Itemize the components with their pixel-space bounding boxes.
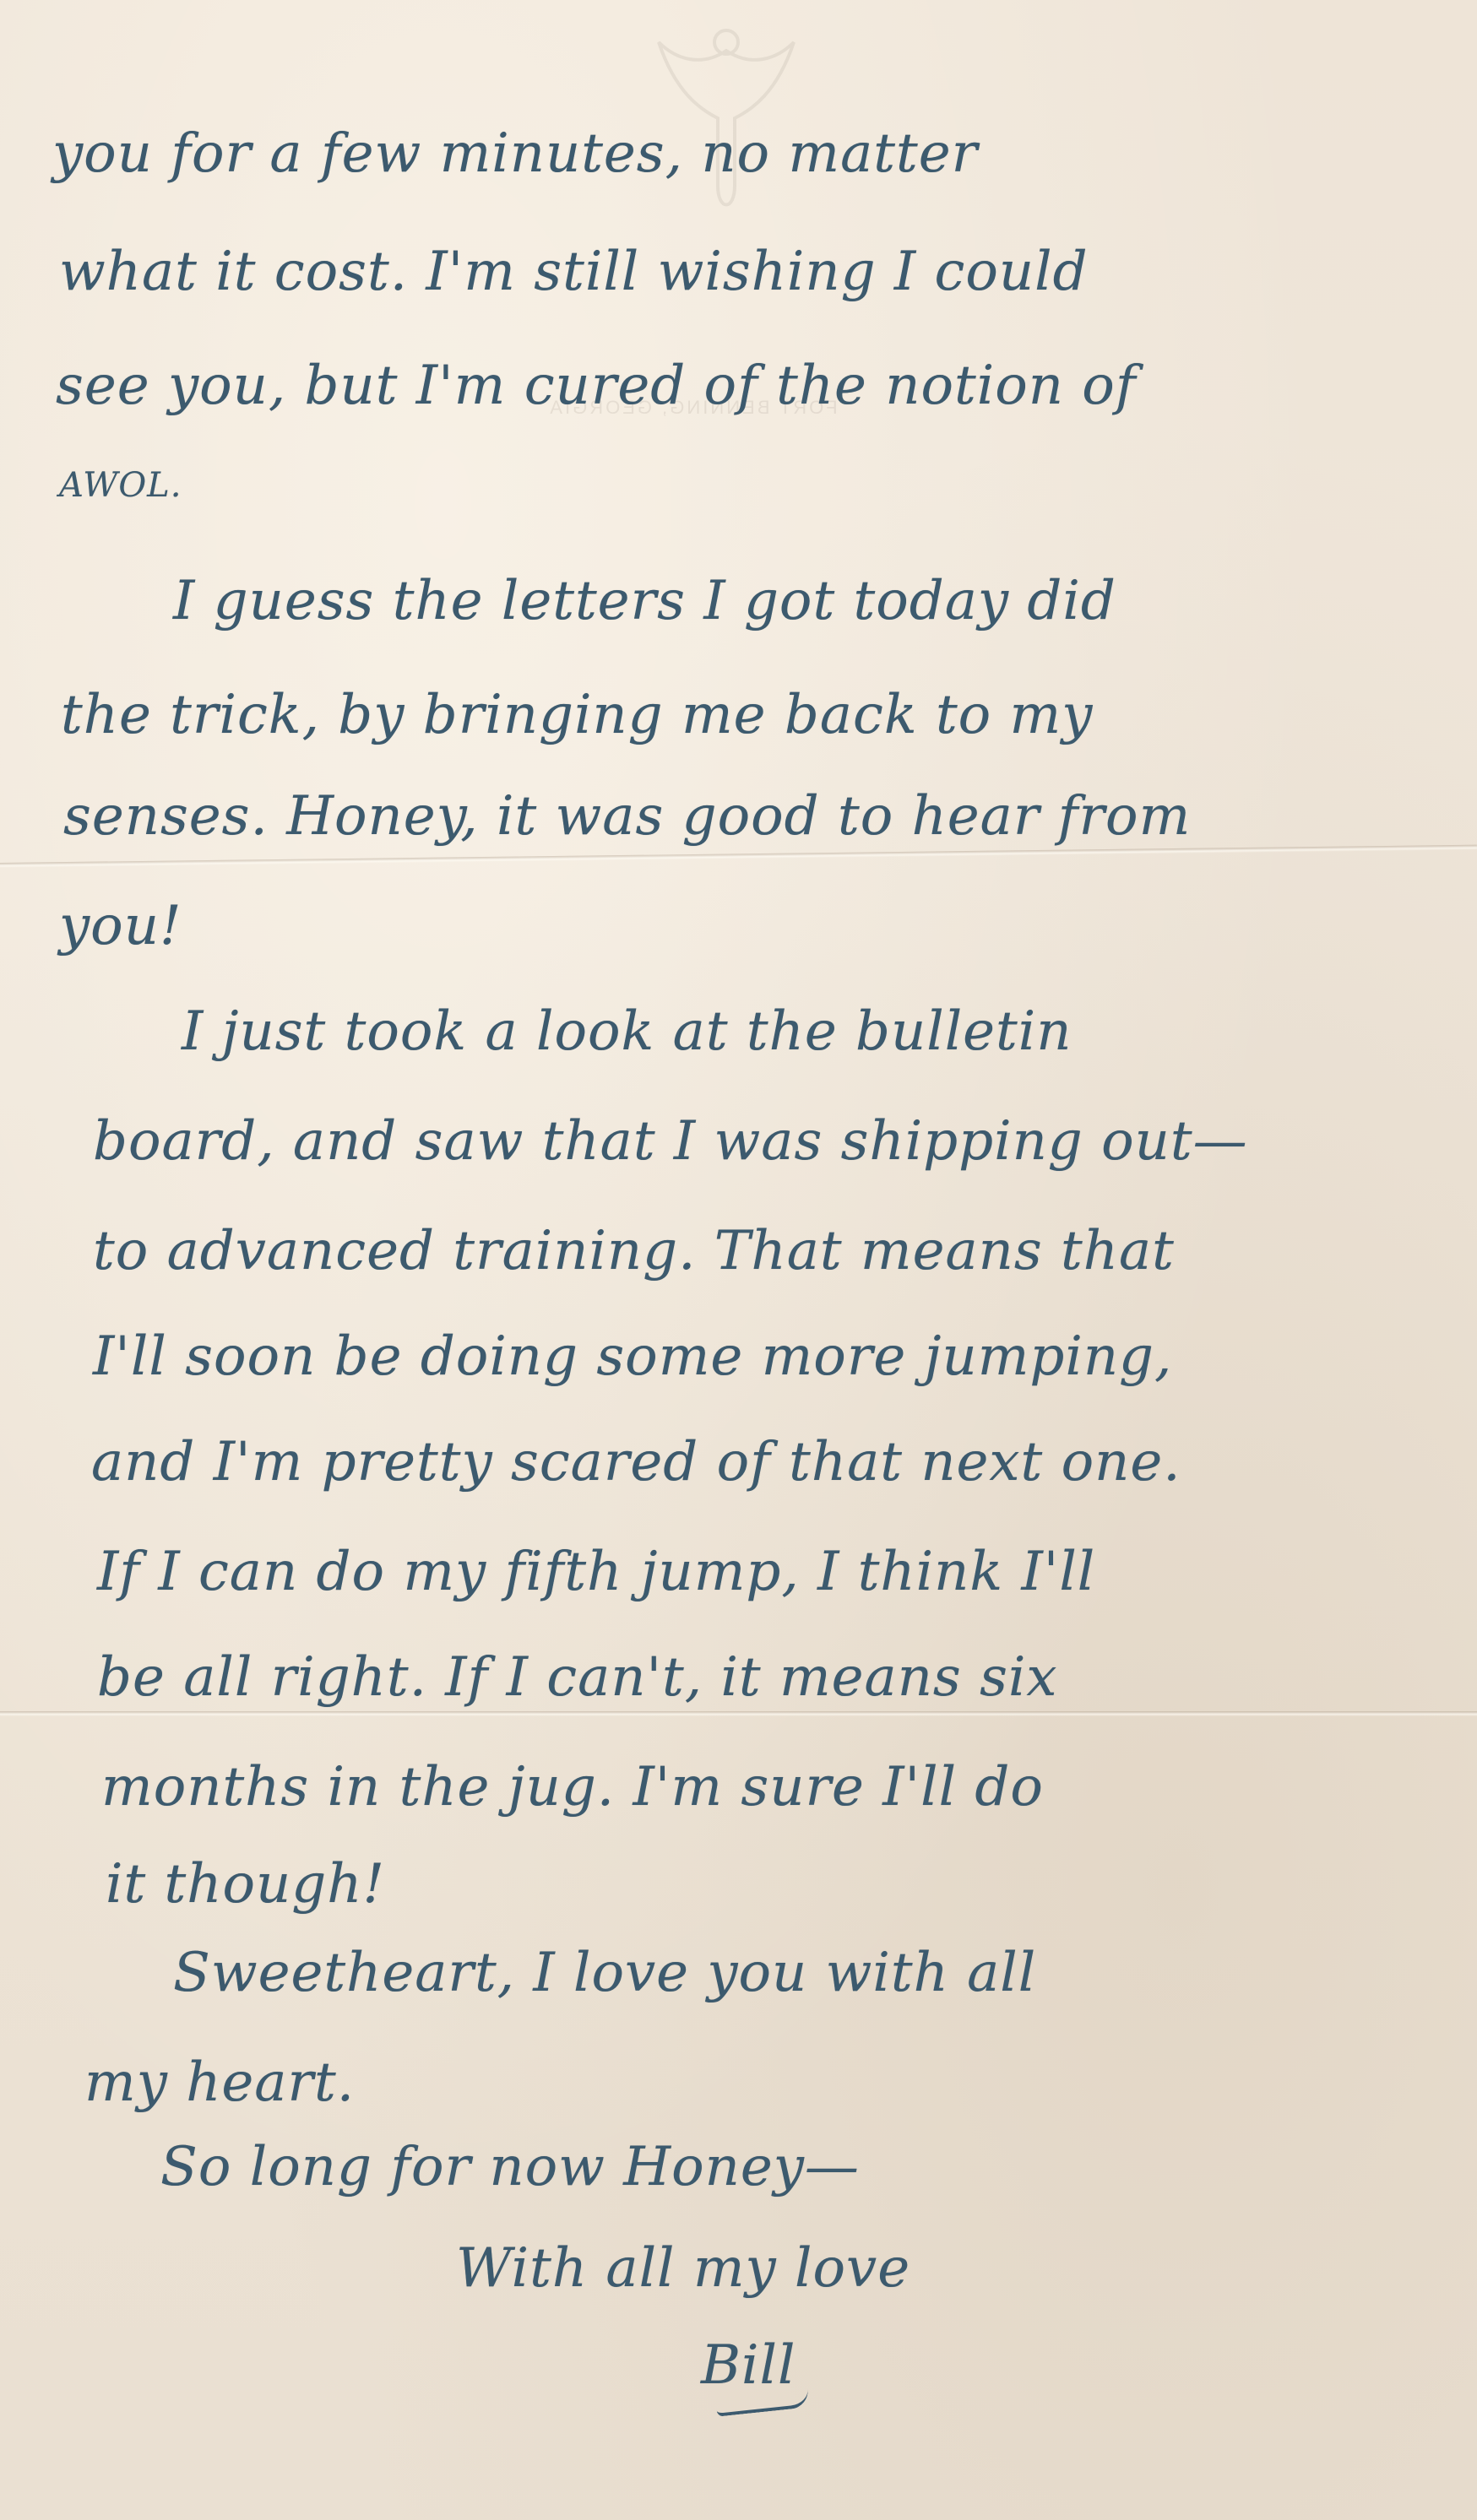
letter-line: So long for now Honey— [160,2140,860,2194]
letter-line: AWOL. [59,469,182,502]
letter-line: it though! [106,1857,385,1911]
letter-line: I just took a look at the bulletin [182,1005,1072,1059]
letter-line: you! [59,899,182,953]
letter-closing: With all my love [456,2241,910,2295]
letter-line: senses. Honey, it was good to hear from [63,789,1191,843]
letter-line: board, and saw that I was shipping out— [93,1114,1248,1168]
fold-line [0,845,1477,868]
letter-line: the trick, by bringing me back to my [61,688,1093,742]
letter-line: what it cost. I'm still wishing I could [59,245,1089,299]
letter-line: I'll soon be doing some more jumping, [93,1330,1172,1384]
letter-line: and I'm pretty scared of that next one. [91,1435,1181,1489]
letter-line: I guess the letters I got today did [173,574,1116,628]
letter-line: If I can do my fifth jump, I think I'll [97,1545,1095,1599]
fold-line [0,1711,1477,1716]
letter-line: you for a few minutes, no matter [52,127,978,181]
letter-signature: Bill [701,2338,796,2393]
letter-line: my heart. [84,2056,355,2110]
letter-page: FORT BENNING, GEORGIA you for a few minu… [0,0,1477,2520]
letter-line: months in the jug. I'm sure I'll do [101,1760,1044,1814]
letter-line: be all right. If I can't, it means six [97,1650,1058,1704]
letter-line: see you, but I'm cured of the notion of [56,359,1137,413]
letter-line: Sweetheart, I love you with all [173,1946,1036,2000]
letter-line: to advanced training. That means that [93,1224,1175,1278]
